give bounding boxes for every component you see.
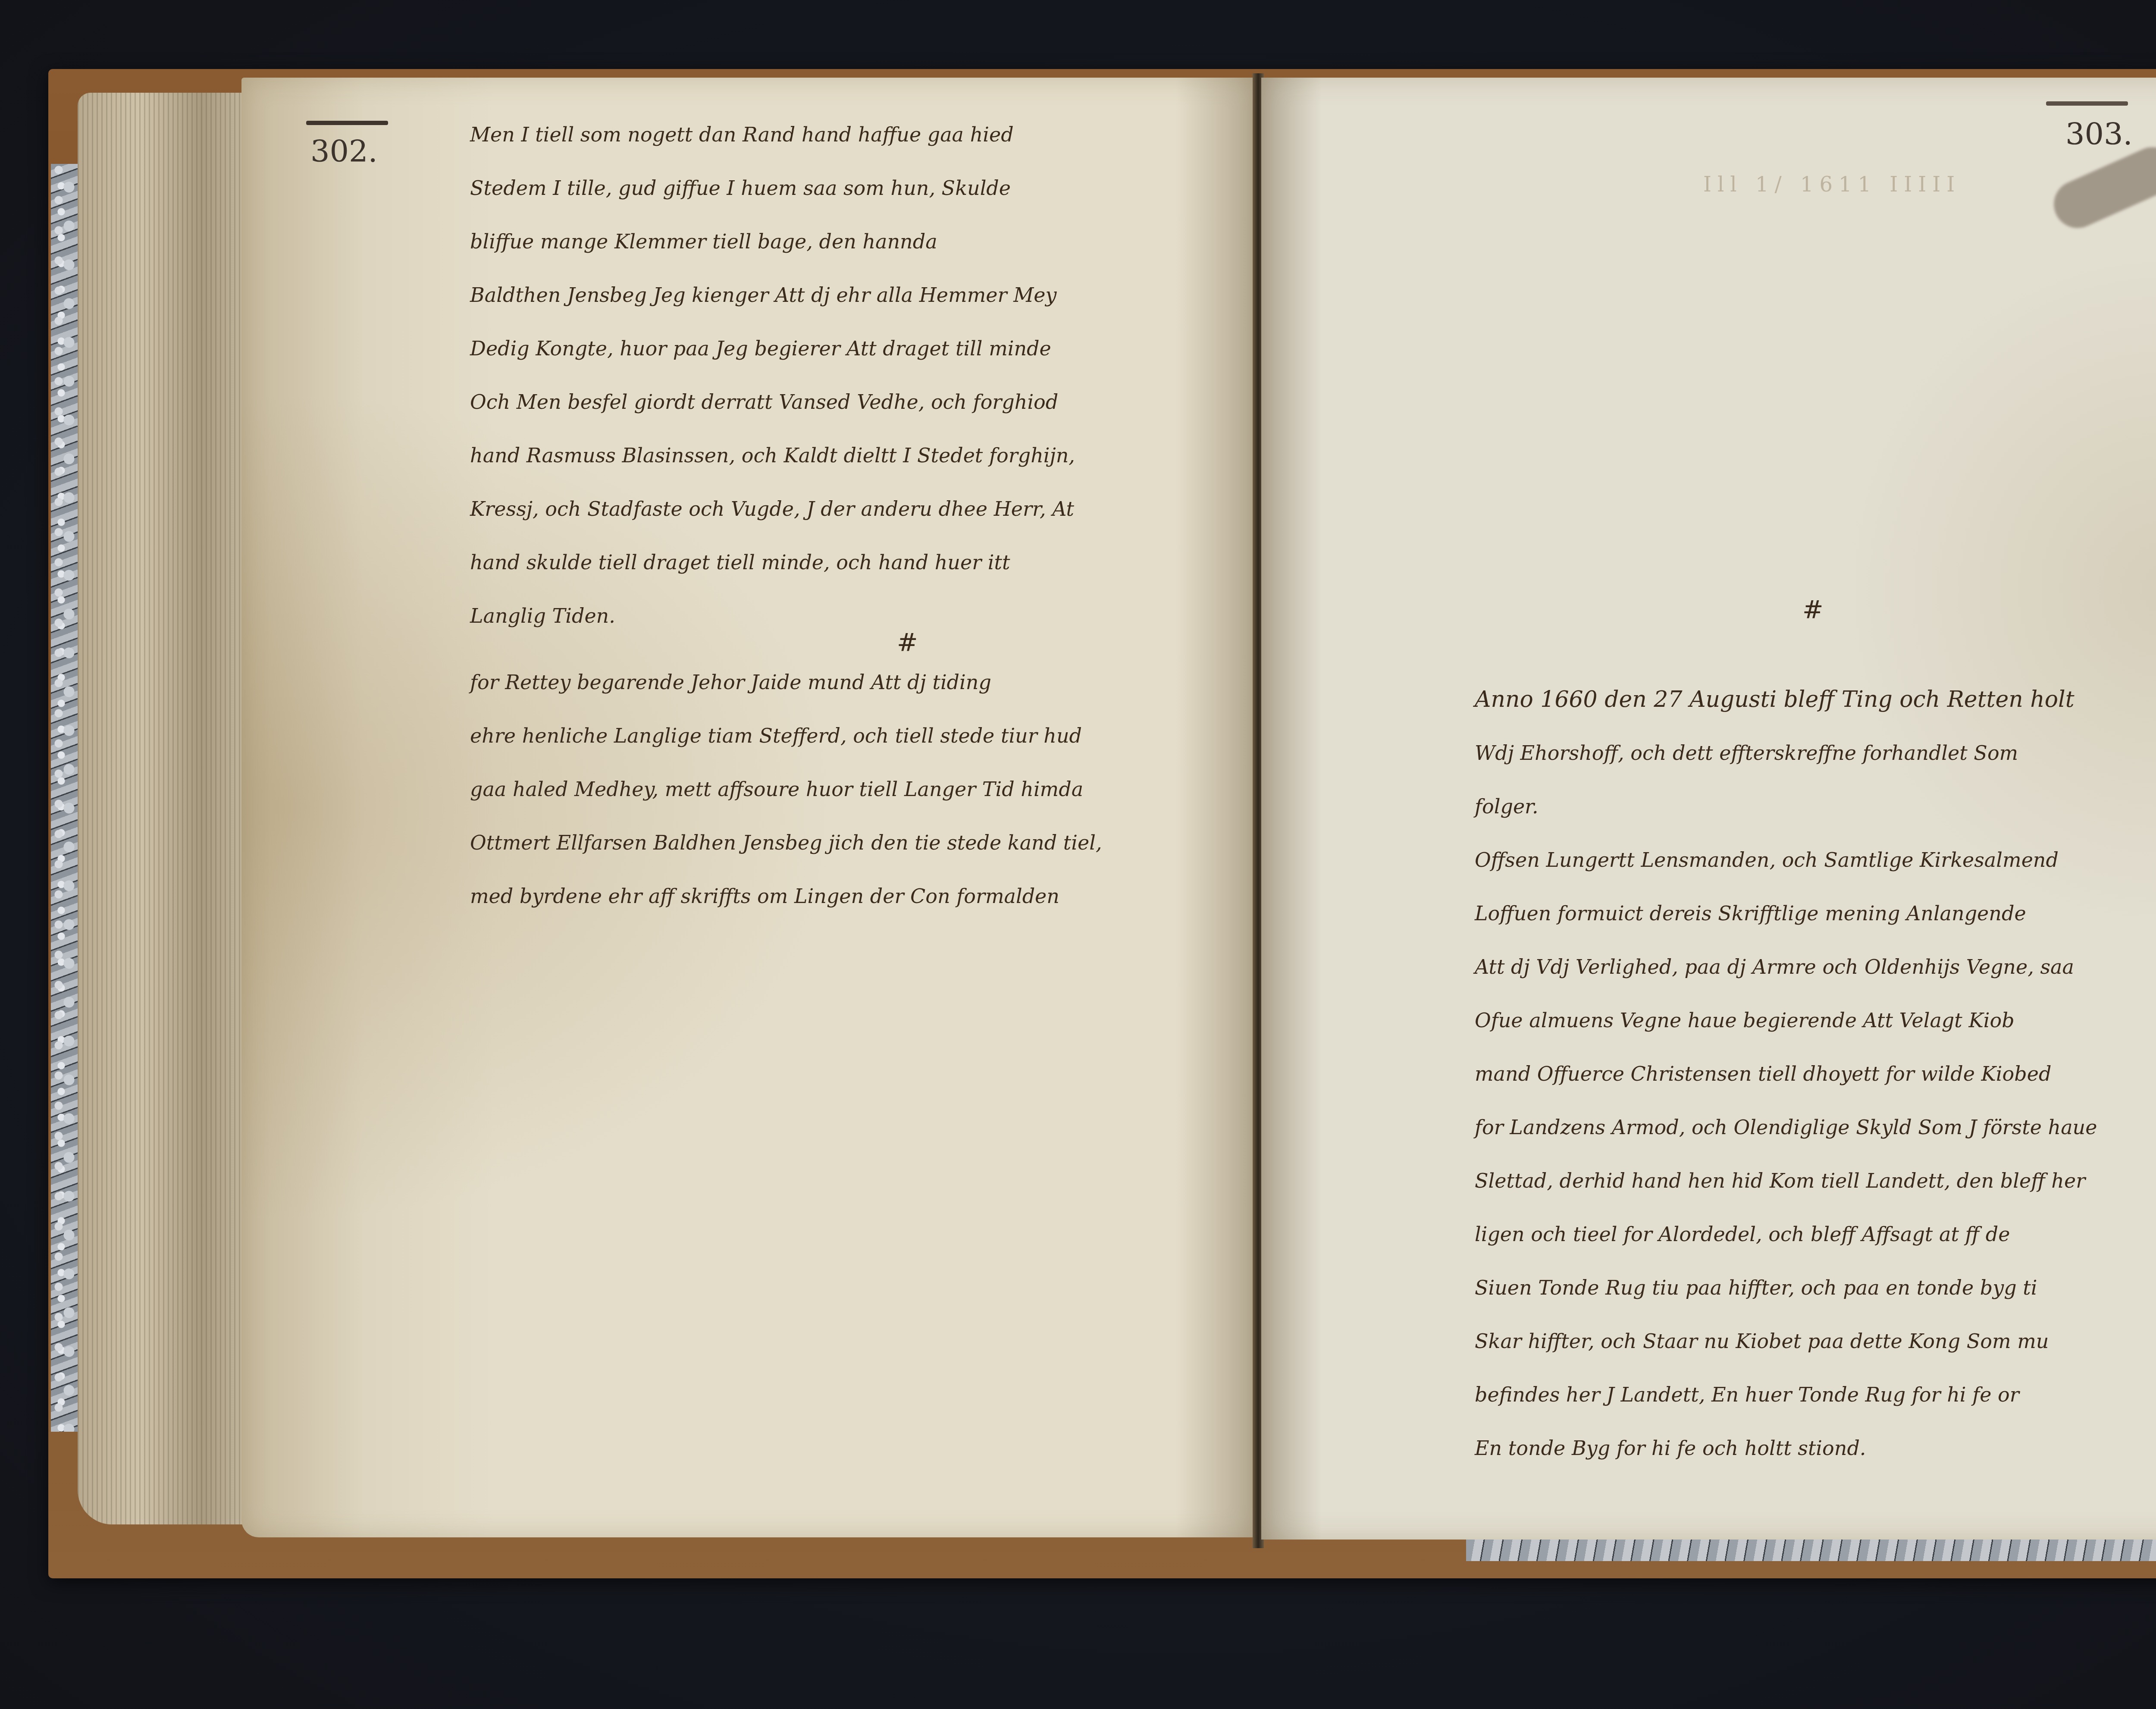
manuscript-line: Dedig Kongte, huor paa Jeg begierer Att … xyxy=(470,322,1246,375)
manuscript-line: Siuen Tonde Rug tiu paa hiffter, och paa… xyxy=(1475,1261,2156,1314)
right-page-text: Anno 1660 den 27 Augusti bleff Ting och … xyxy=(1475,673,2156,1475)
marbled-endpaper-left xyxy=(51,164,78,1432)
manuscript-line: Offsen Lungertt Lensmanden, och Samtlige… xyxy=(1475,833,2156,887)
entry-heading: Anno 1660 den 27 Augusti bleff Ting och … xyxy=(1475,673,2156,726)
page-block-edge xyxy=(78,93,254,1524)
manuscript-line: Att dj Vdj Verlighed, paa dj Armre och O… xyxy=(1475,940,2156,994)
manuscript-line: Slettad, derhid hand hen hid Kom tiell L… xyxy=(1475,1154,2156,1207)
manuscript-line: folger. xyxy=(1475,780,2156,833)
manuscript-line: mand Offuerce Christensen tiell dhoyett … xyxy=(1475,1047,2156,1101)
ink-bleed-through: Ill 1/ 1611 IIIII xyxy=(1703,172,1961,197)
marbled-endpaper-bottom xyxy=(1466,1540,2156,1561)
manuscript-line: Men I tiell som nogett dan Rand hand haf… xyxy=(470,108,1246,161)
manuscript-line: bliffue mange Klemmer tiell bage, den ha… xyxy=(470,215,1246,268)
manuscript-line: gaa haled Medhey, mett affsoure huor tie… xyxy=(470,762,1246,816)
manuscript-line: Wdj Ehorshoff, och dett effterskreffne f… xyxy=(1475,726,2156,780)
left-page-text: Men I tiell som nogett dan Rand hand haf… xyxy=(470,108,1246,923)
manuscript-line: hand Rasmuss Blasinssen, och Kaldt dielt… xyxy=(470,429,1246,482)
manuscript-line: befindes her J Landett, En huer Tonde Ru… xyxy=(1475,1368,2156,1421)
section-mark: # xyxy=(1802,595,1824,624)
manuscript-scan: 302. Men I tiell som nogett dan Rand han… xyxy=(0,0,2156,1709)
manuscript-line: for Landzens Armod, och Olendiglige Skyl… xyxy=(1475,1101,2156,1154)
manuscript-line: En tonde Byg for hi fe och holtt stiond. xyxy=(1475,1421,2156,1475)
manuscript-line: Kressj, och Stadfaste och Vugde, J der a… xyxy=(470,482,1246,536)
manuscript-line: med byrdene ehr aff skriffts om Lingen d… xyxy=(470,869,1246,923)
manuscript-line: Ottmert Ellfarsen Baldhen Jensbeg jich d… xyxy=(470,816,1246,869)
manuscript-line: Och Men besfel giordt derratt Vansed Ved… xyxy=(470,375,1246,429)
manuscript-line: Stedem I tille, gud giffue I huem saa so… xyxy=(470,161,1246,215)
folio-number-right: 303. xyxy=(2065,116,2133,152)
manuscript-line: Ofue almuens Vegne haue begierende Att V… xyxy=(1475,994,2156,1047)
manuscript-line: Baldthen Jensbeg Jeg kienger Att dj ehr … xyxy=(470,268,1246,322)
manuscript-line: Loffuen formuict dereis Skrifftlige meni… xyxy=(1475,887,2156,940)
manuscript-line: hand skulde tiell draget tiell minde, oc… xyxy=(470,536,1246,589)
manuscript-line: ligen och tieel for Alordedel, och bleff… xyxy=(1475,1207,2156,1261)
folio-number-left: 302. xyxy=(310,134,378,169)
manuscript-line: ehre henliche Langlige tiam Stefferd, oc… xyxy=(470,709,1246,762)
manuscript-line: for Rettey begarende Jehor Jaide mund At… xyxy=(470,655,1246,709)
manuscript-line: Skar hiffter, och Staar nu Kiobet paa de… xyxy=(1475,1314,2156,1368)
